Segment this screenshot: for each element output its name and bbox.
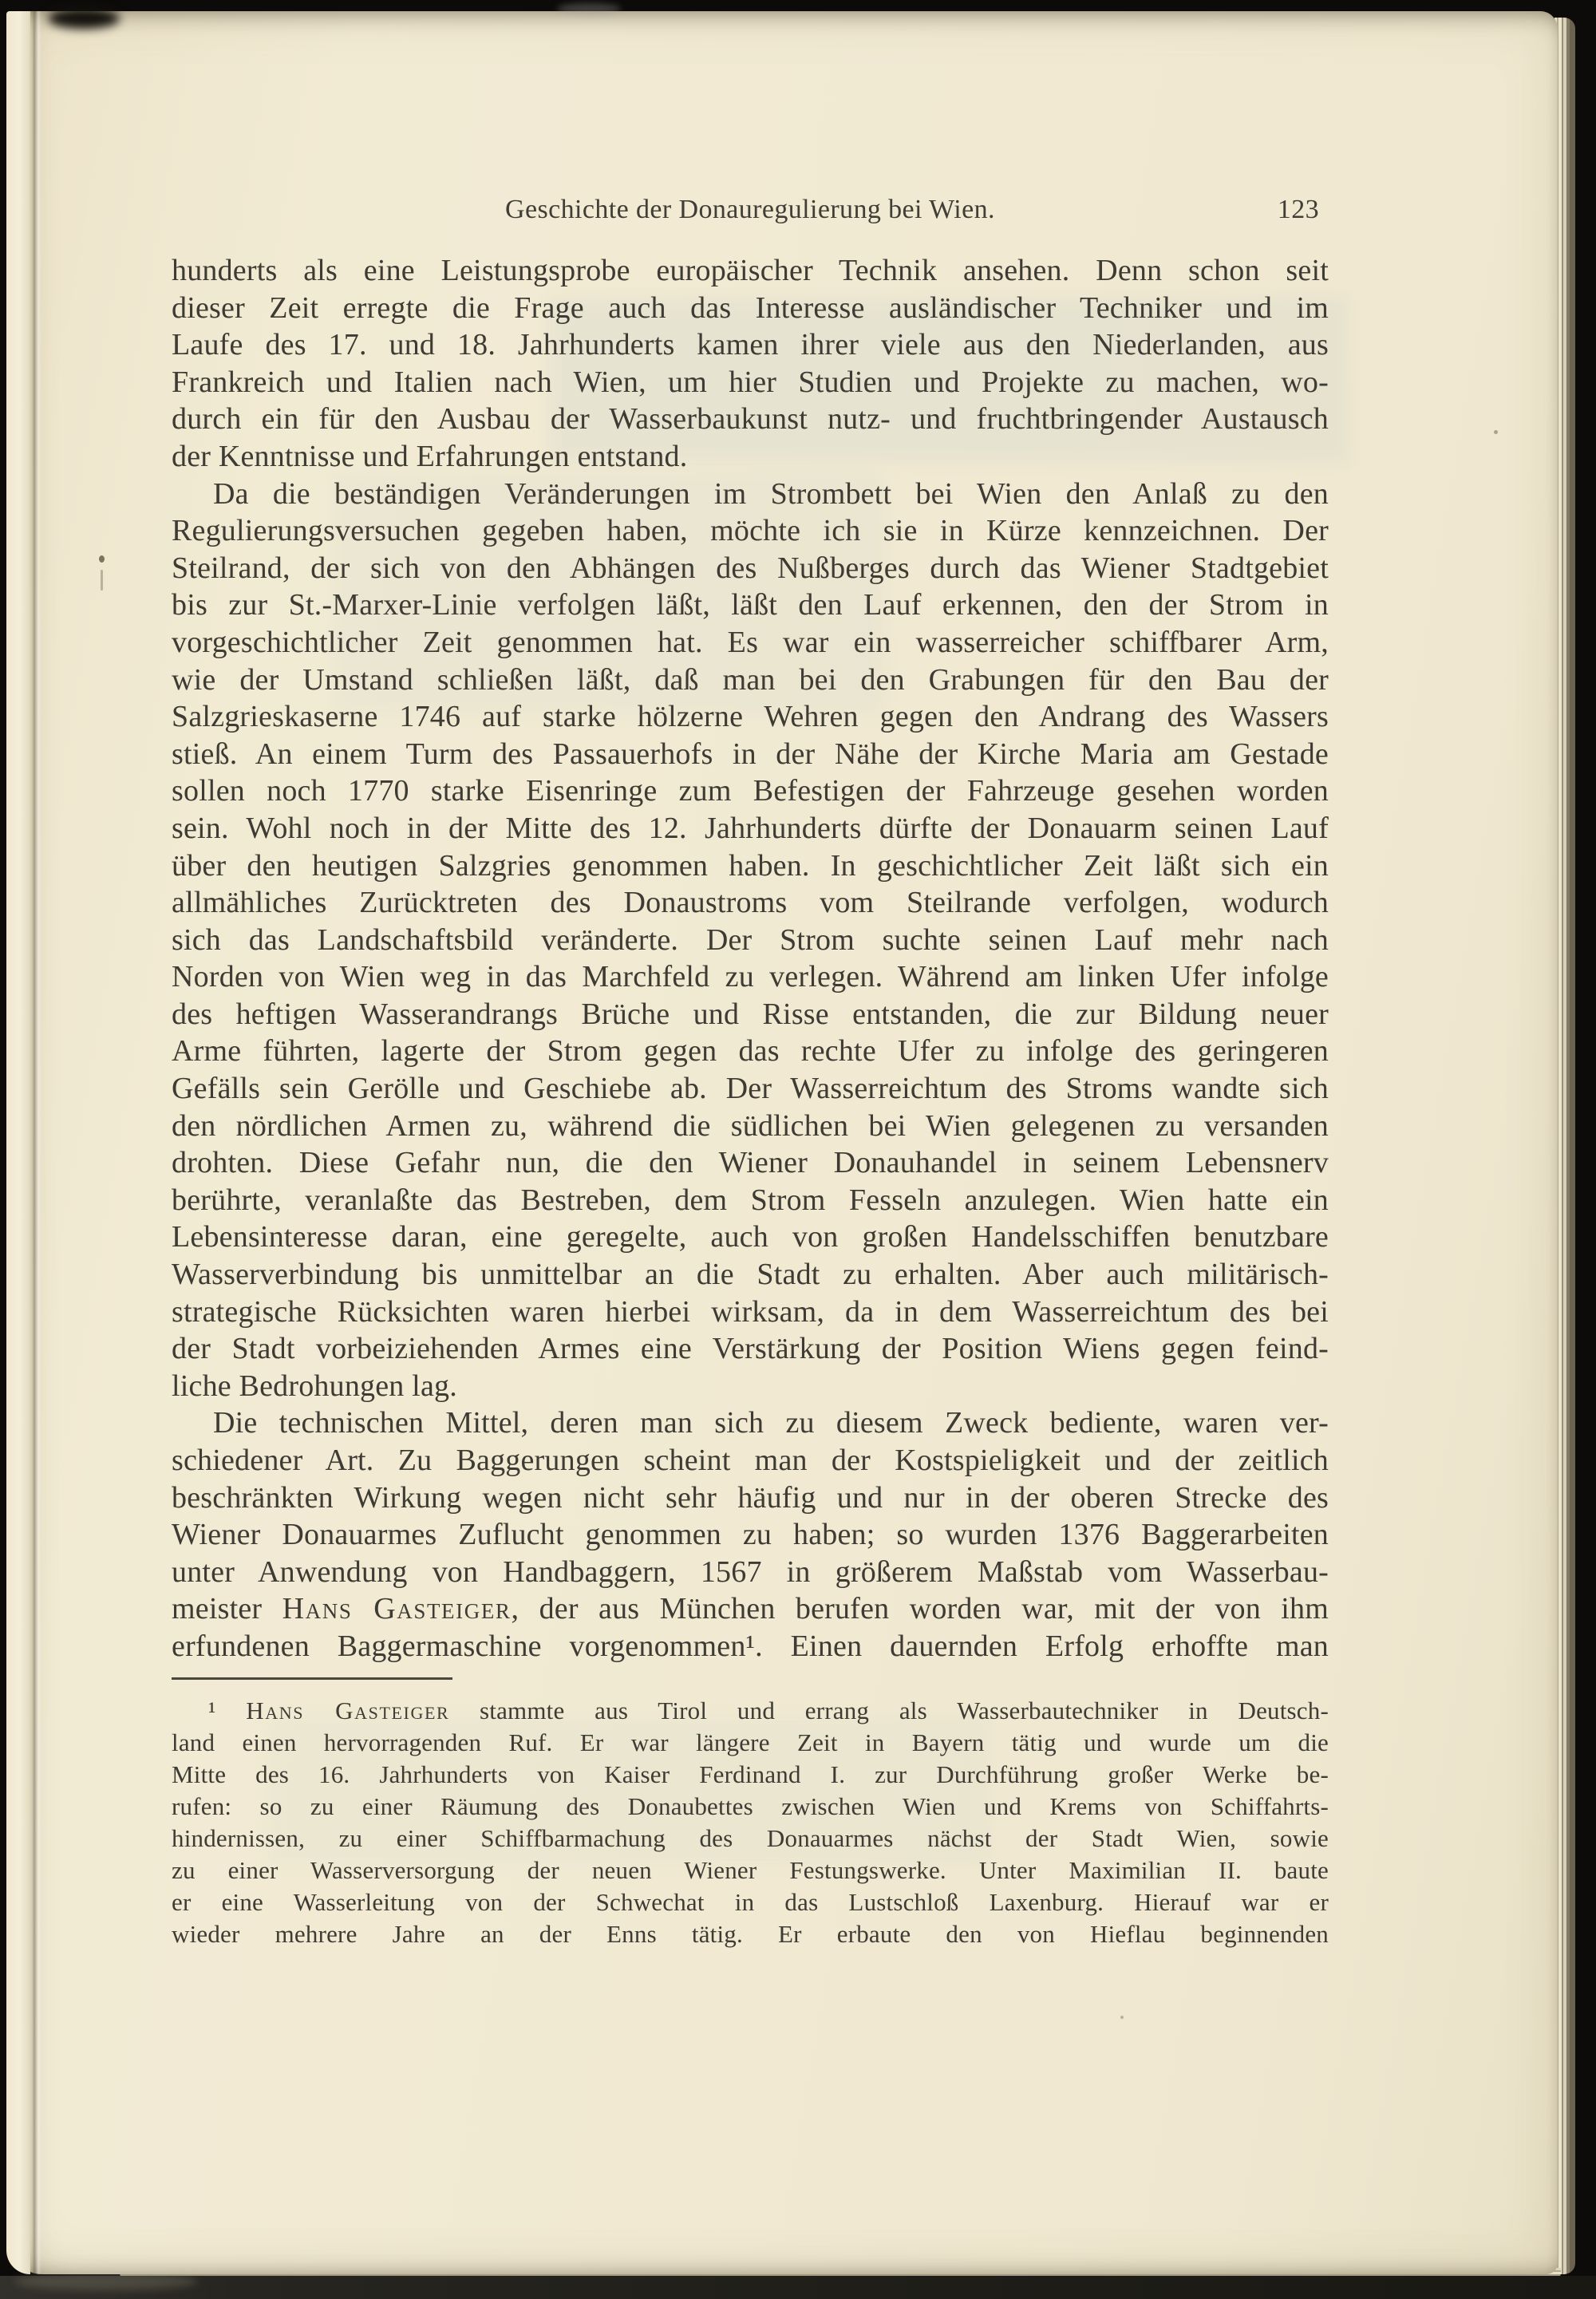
text-segment: Regulierungsversuchen gegeben haben, möc… xyxy=(172,514,1329,547)
text-segment: allmähliches Zurücktreten des Donaustrom… xyxy=(172,886,1329,919)
text-segment: der Stadt vorbeiziehenden Armes eine Ver… xyxy=(172,1332,1329,1365)
text-segment: berührte, veranlaßte das Bestreben, dem … xyxy=(172,1183,1329,1217)
text-line: der Stadt vorbeiziehenden Armes eine Ver… xyxy=(172,1330,1329,1368)
text-segment: unter Anwendung von Handbaggern, 1567 in… xyxy=(172,1555,1329,1589)
text-line: ¹ Hans Gasteiger stammte aus Tirol und e… xyxy=(172,1695,1329,1727)
text-segment: meister xyxy=(172,1592,282,1625)
text-line: Wasserverbindung bis unmittelbar an die … xyxy=(172,1256,1329,1294)
text-segment: beschränkten Wirkung wegen nicht sehr hä… xyxy=(172,1481,1329,1515)
scan-background: Geschichte der Donauregulierung bei Wien… xyxy=(0,0,1596,2299)
text-segment: Steilrand, der sich von den Abhängen des… xyxy=(172,551,1329,585)
running-title: Geschichte der Donauregulierung bei Wien… xyxy=(505,195,995,224)
paragraph: ¹ Hans Gasteiger stammte aus Tirol und e… xyxy=(172,1695,1329,1950)
text-segment: stammte aus Tirol und errang als Wasserb… xyxy=(449,1697,1329,1724)
footnote-rule xyxy=(172,1677,452,1680)
text-line: bis zur St.-Marxer-Linie verfolgen läßt,… xyxy=(172,587,1329,624)
text-segment: Frankreich und Italien nach Wien, um hie… xyxy=(172,365,1329,399)
text-line: über den heutigen Salzgries genommen hab… xyxy=(172,847,1329,885)
text-line: stieß. An einem Turm des Passauerhofs in… xyxy=(172,736,1329,773)
text-segment: Da die beständigen Veränderungen im Stro… xyxy=(213,477,1329,511)
text-segment: drohten. Diese Gefahr nun, die den Wiene… xyxy=(172,1146,1329,1179)
text-line: sein. Wohl noch in der Mitte des 12. Jah… xyxy=(172,810,1329,847)
text-segment: vorgeschichtlicher Zeit genommen hat. Es… xyxy=(172,626,1329,659)
text-segment: durch ein für den Ausbau der Wasserbauku… xyxy=(172,402,1329,436)
text-line: wie der Umstand schließen läßt, daß man … xyxy=(172,662,1329,699)
text-line: beschränkten Wirkung wegen nicht sehr hä… xyxy=(172,1479,1329,1517)
text-segment: der Kenntnisse und Erfahrungen entstand. xyxy=(172,440,687,473)
text-line: schiedener Art. Zu Baggerungen scheint m… xyxy=(172,1442,1329,1479)
text-line: durch ein für den Ausbau der Wasserbauku… xyxy=(172,401,1329,438)
text-segment: rufen: so zu einer Räumung des Donaubett… xyxy=(172,1792,1329,1820)
text-line: sollen noch 1770 starke Eisenringe zum B… xyxy=(172,772,1329,810)
gutter-crease xyxy=(29,11,41,2274)
text-line: den nördlichen Armen zu, während die süd… xyxy=(172,1108,1329,1145)
text-segment: stieß. An einem Turm des Passauerhofs in… xyxy=(172,737,1329,771)
text-line: rufen: so zu einer Räumung des Donaubett… xyxy=(172,1791,1329,1823)
text-line: allmähliches Zurücktreten des Donaustrom… xyxy=(172,884,1329,922)
text-line: Lebensinteresse daran, eine geregelte, a… xyxy=(172,1219,1329,1256)
ink-speck xyxy=(1494,430,1498,434)
ink-speck xyxy=(1120,2016,1124,2019)
text-segment: hindernissen, zu einer Schiffbarmachung … xyxy=(172,1824,1329,1852)
text-line: Laufe des 17. und 18. Jahrhunderts kamen… xyxy=(172,326,1329,364)
text-line: Wiener Donauarmes Zuflucht genommen zu h… xyxy=(172,1516,1329,1554)
text-segment: sollen noch 1770 starke Eisenringe zum B… xyxy=(172,774,1329,808)
text-line: land einen hervorragenden Ruf. Er war lä… xyxy=(172,1727,1329,1759)
text-line: Norden von Wien weg in das Marchfeld zu … xyxy=(172,958,1329,996)
text-segment: Gefälls sein Gerölle und Geschiebe ab. D… xyxy=(172,1072,1329,1105)
text-line: Die technischen Mittel, deren man sich z… xyxy=(172,1404,1329,1442)
text-segment: zu einer Wasserversorgung der neuen Wien… xyxy=(172,1856,1329,1884)
ink-speck xyxy=(99,555,105,563)
text-line: vorgeschichtlicher Zeit genommen hat. Es… xyxy=(172,624,1329,662)
text-line: Steilrand, der sich von den Abhängen des… xyxy=(172,550,1329,587)
scan-smudge xyxy=(48,8,120,29)
text-line: zu einer Wasserversorgung der neuen Wien… xyxy=(172,1855,1329,1886)
text-segment: Salzgrieskaserne 1746 auf starke hölzern… xyxy=(172,700,1329,733)
page-number: 123 xyxy=(1278,195,1319,225)
text-segment: Die technischen Mittel, deren man sich z… xyxy=(213,1406,1329,1440)
footnote: ¹ Hans Gasteiger stammte aus Tirol und e… xyxy=(172,1695,1329,1950)
gutter-page-edge xyxy=(6,11,30,2274)
text-line: sich das Landschaftsbild veränderte. Der… xyxy=(172,922,1329,959)
text-line: des heftigen Wasserandrangs Brüche und R… xyxy=(172,996,1329,1033)
scanner-bed-strip xyxy=(0,2276,1596,2299)
text-segment: des heftigen Wasserandrangs Brüche und R… xyxy=(172,997,1329,1031)
text-segment: den nördlichen Armen zu, während die süd… xyxy=(172,1109,1329,1143)
text-segment: Laufe des 17. und 18. Jahrhunderts kamen… xyxy=(172,328,1329,361)
text-line: dieser Zeit erregte die Frage auch das I… xyxy=(172,290,1329,327)
text-segment: land einen hervorragenden Ruf. Er war lä… xyxy=(172,1728,1329,1756)
text-segment: ¹ xyxy=(208,1697,246,1724)
text-line: strategische Rücksichten waren hierbei w… xyxy=(172,1294,1329,1331)
text-segment: liche Bedrohungen lag. xyxy=(172,1369,457,1403)
text-line: er eine Wasserleitung von der Schwechat … xyxy=(172,1886,1329,1918)
book-page: Geschichte der Donauregulierung bei Wien… xyxy=(6,11,1558,2274)
text-segment: strategische Rücksichten waren hierbei w… xyxy=(172,1295,1329,1329)
text-line: liche Bedrohungen lag. xyxy=(172,1368,1329,1405)
text-segment: er eine Wasserleitung von der Schwechat … xyxy=(172,1888,1329,1916)
text-segment: Norden von Wien weg in das Marchfeld zu … xyxy=(172,960,1329,993)
scan-smear xyxy=(14,2273,198,2290)
text-line: unter Anwendung von Handbaggern, 1567 in… xyxy=(172,1554,1329,1591)
text-line: Gefälls sein Gerölle und Geschiebe ab. D… xyxy=(172,1070,1329,1108)
body-text: hunderts als eine Leistungsprobe europäi… xyxy=(172,252,1329,1665)
text-segment: , der aus München berufen worden war, mi… xyxy=(512,1592,1329,1625)
text-line: der Kenntnisse und Erfahrungen entstand. xyxy=(172,438,1329,476)
text-line: Arme führten, lagerte der Strom gegen da… xyxy=(172,1033,1329,1070)
text-segment: sein. Wohl noch in der Mitte des 12. Jah… xyxy=(172,812,1329,845)
text-line: erfundenen Baggermaschine vorgenommen¹. … xyxy=(172,1628,1329,1665)
text-line: hindernissen, zu einer Schiffbarmachung … xyxy=(172,1823,1329,1855)
text-line: Mitte des 16. Jahrhunderts von Kaiser Fe… xyxy=(172,1759,1329,1791)
text-segment: bis zur St.-Marxer-Linie verfolgen läßt,… xyxy=(172,588,1329,622)
text-segment: Wiener Donauarmes Zuflucht genommen zu h… xyxy=(172,1518,1329,1551)
text-line: Frankreich und Italien nach Wien, um hie… xyxy=(172,364,1329,401)
text-line: hunderts als eine Leistungsprobe europäi… xyxy=(172,252,1329,290)
text-segment: Arme führten, lagerte der Strom gegen da… xyxy=(172,1034,1329,1068)
text-segment: erfundenen Baggermaschine vorgenommen¹. … xyxy=(172,1629,1329,1663)
text-segment: hunderts als eine Leistungsprobe europäi… xyxy=(172,254,1329,287)
text-line: Regulierungsversuchen gegeben haben, möc… xyxy=(172,512,1329,550)
paragraph: hunderts als eine Leistungsprobe europäi… xyxy=(172,252,1329,476)
page-header: Geschichte der Donauregulierung bei Wien… xyxy=(172,195,1329,230)
text-segment: über den heutigen Salzgries genommen hab… xyxy=(172,849,1329,883)
text-segment: sich das Landschaftsbild veränderte. Der… xyxy=(172,923,1329,957)
paragraph: Da die beständigen Veränderungen im Stro… xyxy=(172,476,1329,1405)
text-segment: wieder mehrere Jahre an der Enns tätig. … xyxy=(172,1920,1329,1948)
paragraph: Die technischen Mittel, deren man sich z… xyxy=(172,1404,1329,1665)
text-segment: wie der Umstand schließen läßt, daß man … xyxy=(172,663,1329,697)
text-segment: Lebensinteresse daran, eine geregelte, a… xyxy=(172,1220,1329,1254)
text-line: berührte, veranlaßte das Bestreben, dem … xyxy=(172,1182,1329,1219)
scan-streak xyxy=(557,3,621,14)
text-line: Da die beständigen Veränderungen im Stro… xyxy=(172,476,1329,513)
text-segment: dieser Zeit erregte die Frage auch das I… xyxy=(172,291,1329,325)
text-line: wieder mehrere Jahre an der Enns tätig. … xyxy=(172,1918,1329,1950)
small-caps-name: Hans Gasteiger xyxy=(246,1697,449,1724)
text-segment: Wasserverbindung bis unmittelbar an die … xyxy=(172,1258,1329,1291)
text-line: drohten. Diese Gefahr nun, die den Wiene… xyxy=(172,1144,1329,1182)
ink-speck xyxy=(101,570,103,591)
text-segment: schiedener Art. Zu Baggerungen scheint m… xyxy=(172,1444,1329,1477)
text-line: meister Hans Gasteiger, der aus München … xyxy=(172,1590,1329,1628)
text-segment: Mitte des 16. Jahrhunderts von Kaiser Fe… xyxy=(172,1760,1329,1788)
text-line: Salzgrieskaserne 1746 auf starke hölzern… xyxy=(172,698,1329,736)
small-caps-name: Hans Gasteiger xyxy=(282,1592,512,1625)
